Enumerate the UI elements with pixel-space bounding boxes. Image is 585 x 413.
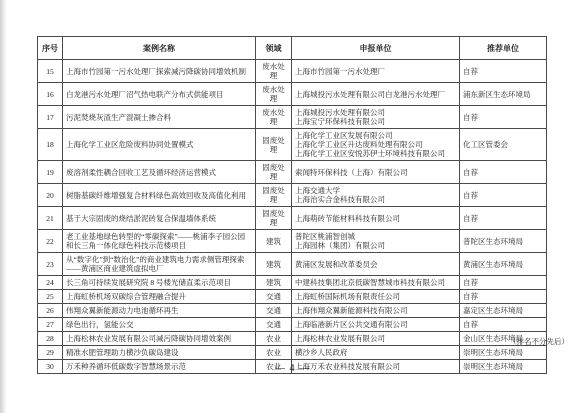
col-header-case-name: 案例名称 (63, 37, 256, 60)
recommender-cell: 化工区管委会 (460, 129, 547, 161)
recommender-cell: 自荐 (460, 106, 547, 129)
field-cell: 废水处理 (256, 83, 292, 106)
applicant-cell: 上海城投污水处理有限公司 上海宝宁环保科技有限公司 (292, 106, 460, 129)
applicant-cell: 中建科技集团北京低碳智慧城市科技有限公司 (292, 276, 460, 290)
page-number: — 4 — (0, 363, 585, 374)
case-number-cell: 22 (38, 230, 63, 253)
case-name-cell: 老工业基地绿色转型的“零碳探索”——桃浦李子园公园和长三角一体化绿色科技示范楼项… (63, 230, 256, 253)
case-number-cell: 28 (38, 332, 63, 346)
table-row: 19 废溶剂柔性耦合回收工艺及循环经济运营模式 固废处理 索闻特环保科技（上海）… (38, 161, 547, 184)
recommender-cell: 自荐 (460, 318, 547, 332)
applicant-cell: 上海市竹园第一污水处理厂 (292, 60, 460, 83)
field-cell: 废水处理 (256, 106, 292, 129)
field-cell: 交通 (256, 318, 292, 332)
case-number-cell: 19 (38, 161, 63, 184)
case-name-cell: 精准水肥管理助力横沙负碳岛建设 (63, 346, 256, 360)
applicant-cell: 普陀区桃浦智创城 上海园林（集团）有限公司 (292, 230, 460, 253)
case-name-cell: 废溶剂柔性耦合回收工艺及循环经济运营模式 (63, 161, 256, 184)
applicant-cell: 上海临港新片区公共交通有限公司 (292, 318, 460, 332)
case-number-cell: 16 (38, 83, 63, 106)
table-row: 28 上海松林农业发展有限公司减污降碳协同增效案例 农业 上海松林农业发展有限公… (38, 332, 547, 346)
field-cell: 固废处理 (256, 161, 292, 184)
document-page: 序号 案例名称 领域 申报单位 推荐单位 15 上海市竹园第一污水处理厂探索减污… (0, 0, 585, 413)
rank-note: （排名不分先后） (509, 336, 569, 347)
case-number-cell: 24 (38, 276, 63, 290)
recommender-cell: 黄浦区生态环境局 (460, 253, 547, 276)
recommender-cell: 自荐 (460, 161, 547, 184)
case-name-cell: 基于大宗固废的烧结淤泥砖复合保温墙体系统 (63, 207, 256, 230)
recommender-cell: 自荐 (460, 184, 547, 207)
field-cell: 建筑 (256, 253, 292, 276)
table-row: 25 上海虹桥机场双碳综合管理融合提升 交通 上海虹桥国际机场有限责任公司 自荐 (38, 290, 547, 304)
case-name-cell: 绿色出行，氢能公交 (63, 318, 256, 332)
case-number-cell: 29 (38, 346, 63, 360)
table-row: 29 精准水肥管理助力横沙负碳岛建设 农业 横沙乡人民政府 崇明区生态环境局 (38, 346, 547, 360)
field-cell: 固废处理 (256, 184, 292, 207)
table-row: 22 老工业基地绿色转型的“零碳探索”——桃浦李子园公园和长三角一体化绿色科技示… (38, 230, 547, 253)
case-name-cell: 污泥焚烧灰渣生产混凝土掺合料 (63, 106, 256, 129)
applicant-cell: 上海伟翔众翼新能源科技有限公司 (292, 304, 460, 318)
case-number-cell: 26 (38, 304, 63, 318)
field-cell: 废水处理 (256, 60, 292, 83)
table-row: 20 树脂基碳纤维增强复合材料绿色高效回收及高值化利用 固废处理 上海交通大学 … (38, 184, 547, 207)
field-cell: 建筑 (256, 230, 292, 253)
case-table-body: 15 上海市竹园第一污水处理厂探索减污降碳协同增效机制 废水处理 上海市竹园第一… (38, 60, 547, 374)
case-number-cell: 18 (38, 129, 63, 161)
recommender-cell: 嘉定区生态环境局 (460, 304, 547, 318)
case-name-cell: 上海虹桥机场双碳综合管理融合提升 (63, 290, 256, 304)
recommender-cell: 自荐 (460, 276, 547, 290)
recommender-cell: 自荐 (460, 60, 547, 83)
case-number-cell: 20 (38, 184, 63, 207)
field-cell: 交通 (256, 304, 292, 318)
case-name-cell: 上海松林农业发展有限公司减污降碳协同增效案例 (63, 332, 256, 346)
case-name-cell: 伟翔众翼新能源动力电池循环再生 (63, 304, 256, 318)
table-header-row: 序号 案例名称 领域 申报单位 推荐单位 (38, 37, 547, 60)
recommender-cell: 崇明区生态环境局 (460, 346, 547, 360)
case-name-cell: 从“数字化”到“数治化”的商业建筑电力需求侧管理探索——黄浦区商业建筑虚拟电厂 (63, 253, 256, 276)
applicant-cell: 上海交通大学 上海治实合金科技有限公司 (292, 184, 460, 207)
scan-edge-shadow (0, 0, 7, 413)
table-row: 27 绿色出行，氢能公交 交通 上海临港新片区公共交通有限公司 自荐 (38, 318, 547, 332)
field-cell: 固废处理 (256, 129, 292, 161)
case-number-cell: 21 (38, 207, 63, 230)
case-number-cell: 17 (38, 106, 63, 129)
table-row: 26 伟翔众翼新能源动力电池循环再生 交通 上海伟翔众翼新能源科技有限公司 嘉定… (38, 304, 547, 318)
field-cell: 固废处理 (256, 207, 292, 230)
applicant-cell: 上海虹桥国际机场有限责任公司 (292, 290, 460, 304)
col-header-field: 领域 (256, 37, 292, 60)
field-cell: 交通 (256, 290, 292, 304)
recommender-cell: 浦东新区生态环境局 (460, 83, 547, 106)
case-name-cell: 上海市竹园第一污水处理厂探索减污降碳协同增效机制 (63, 60, 256, 83)
case-number-cell: 15 (38, 60, 63, 83)
recommender-cell: 自荐 (460, 207, 547, 230)
case-list-table: 序号 案例名称 领域 申报单位 推荐单位 15 上海市竹园第一污水处理厂探索减污… (37, 36, 547, 374)
recommender-cell: 自荐 (460, 290, 547, 304)
table-row: 18 上海化学工业区危险废料协同处置模式 固废处理 上海化学工业区发展有限公司 … (38, 129, 547, 161)
col-header-index: 序号 (38, 37, 63, 60)
applicant-cell: 上海化学工业区发展有限公司 上海化学工业区升达废料处理有限公司 上海化学工业区安… (292, 129, 460, 161)
recommender-cell: 普陀区生态环境局 (460, 230, 547, 253)
table-row: 21 基于大宗固废的烧结淤泥砖复合保温墙体系统 固废处理 上海萌砖节能材料科技有… (38, 207, 547, 230)
applicant-cell: 索闻特环保科技（上海）有限公司 (292, 161, 460, 184)
case-name-cell: 上海化学工业区危险废料协同处置模式 (63, 129, 256, 161)
applicant-cell: 横沙乡人民政府 (292, 346, 460, 360)
table-row: 24 长三角可持续发展研究院 8 号楼光储直柔示范项目 建筑 中建科技集团北京低… (38, 276, 547, 290)
table-row: 23 从“数字化”到“数治化”的商业建筑电力需求侧管理探索——黄浦区商业建筑虚拟… (38, 253, 547, 276)
table-row: 17 污泥焚烧灰渣生产混凝土掺合料 废水处理 上海城投污水处理有限公司 上海宝宁… (38, 106, 547, 129)
case-name-cell: 长三角可持续发展研究院 8 号楼光储直柔示范项目 (63, 276, 256, 290)
applicant-cell: 上海松林农业发展有限公司 (292, 332, 460, 346)
col-header-applicant: 申报单位 (292, 37, 460, 60)
case-name-cell: 白龙港污水处理厂沼气热电联产分布式供能项目 (63, 83, 256, 106)
applicant-cell: 上海萌砖节能材料科技有限公司 (292, 207, 460, 230)
applicant-cell: 黄浦区发展和改革委员会 (292, 253, 460, 276)
applicant-cell: 上海城投污水处理有限公司白龙港污水处理厂 (292, 83, 460, 106)
field-cell: 农业 (256, 332, 292, 346)
table-row: 16 白龙港污水处理厂沼气热电联产分布式供能项目 废水处理 上海城投污水处理有限… (38, 83, 547, 106)
field-cell: 建筑 (256, 276, 292, 290)
case-name-cell: 树脂基碳纤维增强复合材料绿色高效回收及高值化利用 (63, 184, 256, 207)
case-number-cell: 23 (38, 253, 63, 276)
table-row: 15 上海市竹园第一污水处理厂探索减污降碳协同增效机制 废水处理 上海市竹园第一… (38, 60, 547, 83)
case-number-cell: 27 (38, 318, 63, 332)
col-header-recommender: 推荐单位 (460, 37, 547, 60)
field-cell: 农业 (256, 346, 292, 360)
case-number-cell: 25 (38, 290, 63, 304)
